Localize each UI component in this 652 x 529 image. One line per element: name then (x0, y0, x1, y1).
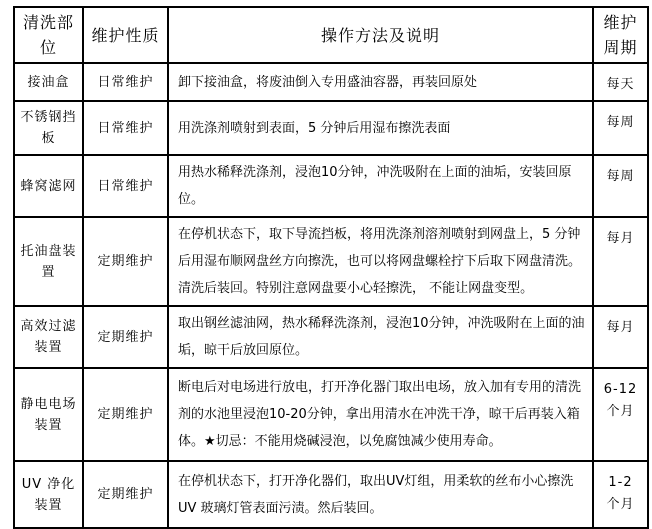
cell-method: 取出钢丝滤油网，热水稀释洗涤剂，浸泡10分钟，冲洗吸附在上面的油垢，晾干后放回原… (168, 306, 593, 368)
cell-cycle: 每月 (593, 217, 648, 306)
header-nature: 维护性质 (83, 7, 168, 63)
cell-method: 在停机状态下，打开净化器们，取出UV灯组，用柔软的丝布小心擦洗 UV 玻璃灯管表… (168, 461, 593, 528)
header-part: 清洗部 位 (14, 7, 83, 63)
cell-method: 用洗涤剂喷射到表面，5 分钟后用湿布擦洗表面 (168, 101, 593, 155)
cell-part: 高效过滤 装置 (14, 306, 83, 368)
cell-method: 在停机状态下，取下导流挡板，将用洗涤剂溶剂喷射到网盘上，5 分钟后用湿布顺网盘丝… (168, 217, 593, 306)
cell-nature: 日常维护 (83, 101, 168, 155)
header-method: 操作方法及说明 (168, 7, 593, 63)
cell-part: UV 净化 装置 (14, 461, 83, 528)
cell-nature: 日常维护 (83, 63, 168, 101)
cell-part: 不锈钢挡 板 (14, 101, 83, 155)
cell-part: 托油盘装 置 (14, 217, 83, 306)
table-row: 不锈钢挡 板 日常维护 用洗涤剂喷射到表面，5 分钟后用湿布擦洗表面 每周 (14, 101, 648, 155)
cell-nature: 定期维护 (83, 306, 168, 368)
cell-method: 用热水稀释洗涤剂，浸泡10分钟，冲洗吸附在上面的油垢，安装回原位。 (168, 155, 593, 217)
table-row: UV 净化 装置 定期维护 在停机状态下，打开净化器们，取出UV灯组，用柔软的丝… (14, 461, 648, 528)
table-row: 静电电场 装置 定期维护 断电后对电场进行放电，打开净化器门取出电场，放入加有专… (14, 368, 648, 461)
maintenance-table: 清洗部 位 维护性质 操作方法及说明 维护 周期 接油盒 日常维护 卸下接油盒，… (13, 6, 649, 529)
cell-part: 静电电场 装置 (14, 368, 83, 461)
table-row: 高效过滤 装置 定期维护 取出钢丝滤油网，热水稀释洗涤剂，浸泡10分钟，冲洗吸附… (14, 306, 648, 368)
cell-cycle: 每周 (593, 101, 648, 155)
cell-part: 接油盒 (14, 63, 83, 101)
cell-nature: 定期维护 (83, 217, 168, 306)
cell-part: 蜂窝滤网 (14, 155, 83, 217)
cell-method: 卸下接油盒，将废油倒入专用盛油容器，再装回原处 (168, 63, 593, 101)
cell-cycle: 6-12 个月 (593, 368, 648, 461)
cell-nature: 定期维护 (83, 461, 168, 528)
table-row: 接油盒 日常维护 卸下接油盒，将废油倒入专用盛油容器，再装回原处 每天 (14, 63, 648, 101)
cell-cycle: 每天 (593, 63, 648, 101)
table-row: 托油盘装 置 定期维护 在停机状态下，取下导流挡板，将用洗涤剂溶剂喷射到网盘上，… (14, 217, 648, 306)
cell-cycle: 1-2 个月 (593, 461, 648, 528)
header-cycle: 维护 周期 (593, 7, 648, 63)
table-header-row: 清洗部 位 维护性质 操作方法及说明 维护 周期 (14, 7, 648, 63)
cell-method: 断电后对电场进行放电，打开净化器门取出电场，放入加有专用的清洗剂的水池里浸泡10… (168, 368, 593, 461)
cell-cycle: 每周 (593, 155, 648, 217)
cell-nature: 日常维护 (83, 155, 168, 217)
table-row: 蜂窝滤网 日常维护 用热水稀释洗涤剂，浸泡10分钟，冲洗吸附在上面的油垢，安装回… (14, 155, 648, 217)
cell-cycle: 每月 (593, 306, 648, 368)
cell-nature: 定期维护 (83, 368, 168, 461)
